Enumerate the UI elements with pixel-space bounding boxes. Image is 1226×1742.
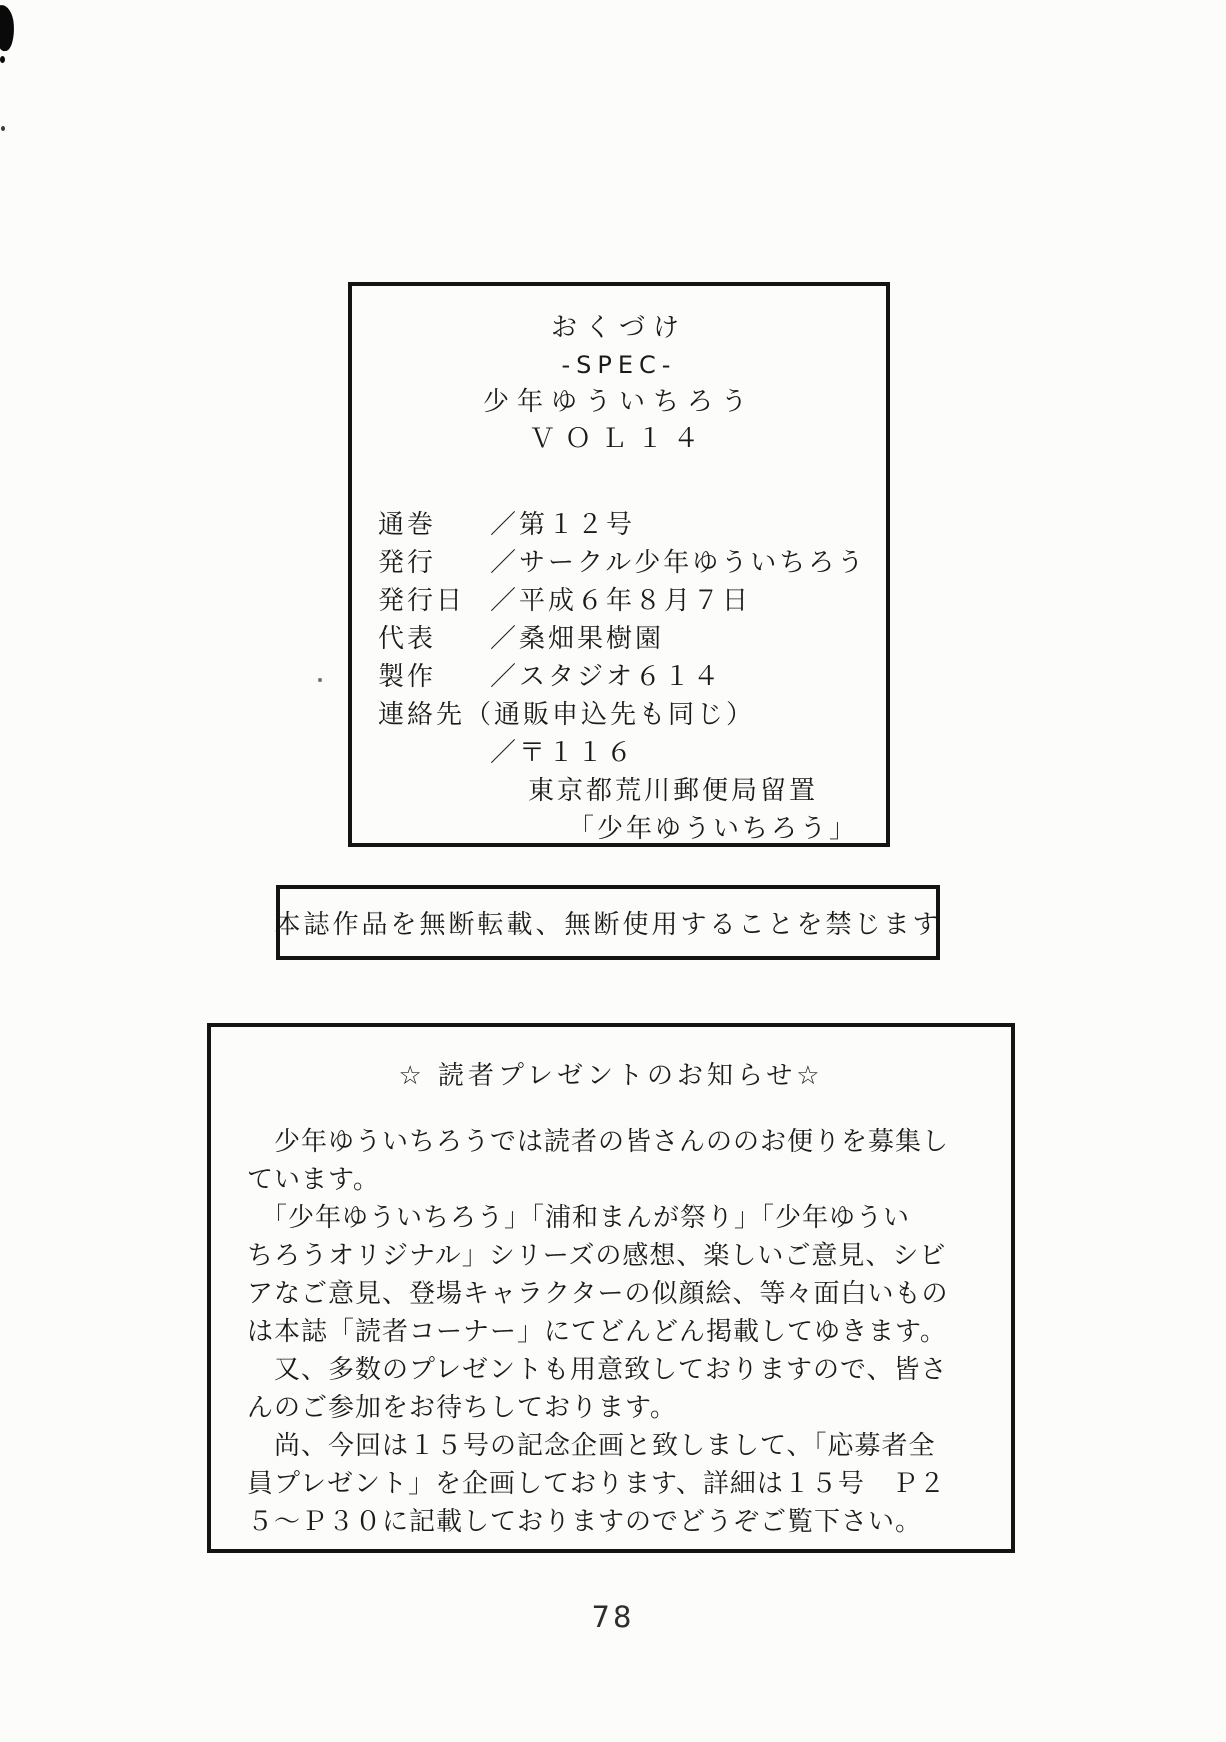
paragraph-line: ちろうオリジナル」シリーズの感想、楽しいご意見、シビ bbox=[247, 1237, 983, 1275]
scan-dust-dot bbox=[318, 678, 322, 682]
paragraph-line: アなご意見、登場キャラクターの似顔絵、等々面白いもの bbox=[247, 1275, 983, 1313]
colophon-postal-code: ／〒１１６ bbox=[378, 734, 878, 772]
scan-speck bbox=[0, 56, 5, 63]
colophon-row-date: 発行日／平成６年８月７日 bbox=[378, 582, 878, 620]
colophon-row-value: ／スタジオ６１４ bbox=[490, 662, 722, 692]
colophon-address-name: 「少年ゆういちろう」 bbox=[378, 810, 878, 848]
copyright-notice-box: 本誌作品を無断転載、無断使用することを禁じます bbox=[276, 885, 940, 960]
paragraph-line: ています。 bbox=[247, 1161, 983, 1199]
colophon-address-line: 東京都荒川郵便局留置 bbox=[378, 772, 878, 810]
colophon-row-label: 代表 bbox=[378, 620, 490, 658]
scan-ink-blob bbox=[0, 4, 16, 51]
colophon-contact-label: 連絡先（通販申込先も同じ） bbox=[378, 696, 878, 734]
colophon-row-value: ／桑畑果樹園 bbox=[490, 624, 664, 654]
paragraph-line: 少年ゆういちろうでは読者の皆さんののお便りを募集し bbox=[247, 1123, 983, 1161]
paragraph-line: 員プレゼント」を企画しております、詳細は１５号 Ｐ２ bbox=[247, 1465, 983, 1503]
colophon-row-value: ／サークル少年ゆういちろう bbox=[490, 548, 866, 578]
reader-present-box: ☆ 読者プレゼントのお知らせ☆ 少年ゆういちろうでは読者の皆さんののお便りを募集… bbox=[207, 1023, 1015, 1553]
colophon-row-publisher: 発行／サークル少年ゆういちろう bbox=[378, 544, 878, 582]
colophon-box: おくづけ -SPEC- 少年ゆういちろう ＶＯＬ１４ 通巻／第１２号 発行／サー… bbox=[348, 282, 890, 847]
colophon-series-title: 少年ゆういちろう bbox=[352, 384, 886, 421]
scanned-page: おくづけ -SPEC- 少年ゆういちろう ＶＯＬ１４ 通巻／第１２号 発行／サー… bbox=[0, 0, 1226, 1742]
paragraph-line: 尚、今回は１５号の記念企画と致しまして、「応募者全 bbox=[247, 1427, 983, 1465]
paragraph-line: んのご参加をお待ちしております。 bbox=[247, 1389, 983, 1427]
colophon-volume: ＶＯＬ１４ bbox=[352, 421, 886, 458]
colophon-row-label: 発行 bbox=[378, 544, 490, 582]
paragraph-line: 又、多数のプレゼントも用意致しておりますので、皆さ bbox=[247, 1351, 983, 1389]
colophon-rows: 通巻／第１２号 発行／サークル少年ゆういちろう 発行日／平成６年８月７日 代表／… bbox=[378, 506, 878, 848]
colophon-row-label: 発行日 bbox=[378, 582, 490, 620]
page-number: 78 bbox=[0, 1600, 1226, 1634]
paragraph-line: 「少年ゆういちろう」「浦和まんが祭り」「少年ゆうい bbox=[247, 1199, 983, 1237]
colophon-row-value: ／平成６年８月７日 bbox=[490, 586, 751, 616]
colophon-heading: おくづけ bbox=[352, 310, 886, 347]
colophon-row-label: 通巻 bbox=[378, 506, 490, 544]
paragraph-line: ５～Ｐ３０に記載しておりますのでどうぞご覧下さい。 bbox=[247, 1503, 983, 1541]
colophon-row-value: ／第１２号 bbox=[490, 510, 635, 540]
colophon-row-issue: 通巻／第１２号 bbox=[378, 506, 878, 544]
copyright-notice-text: 本誌作品を無断転載、無断使用することを禁じます bbox=[275, 904, 942, 941]
reader-present-body: 少年ゆういちろうでは読者の皆さんののお便りを募集し ています。 「少年ゆういちろ… bbox=[247, 1123, 983, 1541]
colophon-spec-label: -SPEC- bbox=[352, 347, 886, 384]
paragraph-line: は本誌「読者コーナー」にてどんどん掲載してゆきます。 bbox=[247, 1313, 983, 1351]
scan-speck bbox=[1, 126, 5, 131]
colophon-row-production: 製作／スタジオ６１４ bbox=[378, 658, 878, 696]
colophon-row-label: 製作 bbox=[378, 658, 490, 696]
colophon-row-representative: 代表／桑畑果樹園 bbox=[378, 620, 878, 658]
reader-present-title: ☆ 読者プレゼントのお知らせ☆ bbox=[211, 1055, 1011, 1092]
colophon-title-block: おくづけ -SPEC- 少年ゆういちろう ＶＯＬ１４ bbox=[352, 310, 886, 458]
